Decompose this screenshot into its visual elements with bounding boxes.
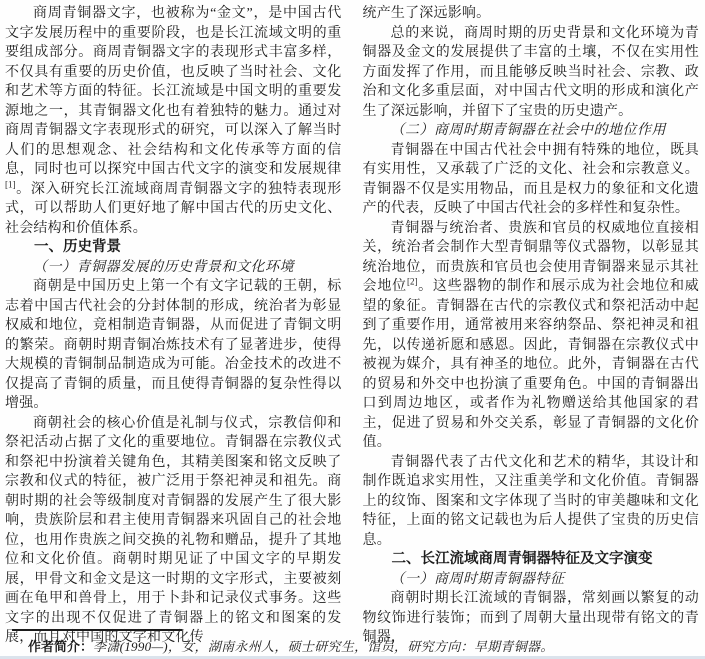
sub-heading: （二）商周时期青铜器在社会中的地位作用 (363, 121, 700, 141)
author-bio-label: 作者简介： (28, 639, 93, 654)
paragraph: 青铜器与统治者、贵族和官员的权威地位直接相关，统治者会制作大型青铜鼎等仪式器物，… (363, 219, 700, 453)
sub-heading: （一）商周时期青铜器特征 (363, 570, 700, 590)
paragraph: 商周青铜器文字，也被称为“金文”，是中国古代文字发展历程中的重要阶段，也是长江流… (5, 4, 342, 238)
paragraph: 统产生了深远影响。 (363, 4, 700, 24)
paragraph: 商朝社会的核心价值是礼制与仪式，宗教信仰和祭祀活动占据了文化的重要地位。青铜器在… (5, 414, 342, 648)
paragraph: 青铜器代表了古代文化和艺术的精华，其设计和制作既追求实用性，又注重美学和文化价值… (363, 453, 700, 551)
footnote-divider (12, 629, 182, 631)
footnote-marker: [1] (5, 179, 16, 189)
author-bio-line: 作者简介：李潇(1990—)，女，湖南永州人，硕士研究生，馆员，研究方向：早期青… (0, 638, 705, 655)
author-bio-text: 李潇(1990—)，女，湖南永州人，硕士研究生，馆员，研究方向：早期青铜器。 (93, 639, 554, 654)
paragraph: 总的来说，商周时期的历史背景和文化环境为青铜器及金文的发展提供了丰富的土壤，不仅… (363, 24, 700, 122)
footnote-marker: [2] (407, 276, 418, 286)
paragraph: 青铜器在中国古代社会中拥有特殊的地位，既具有实用性，又承载了广泛的文化、社会和宗… (363, 141, 700, 219)
paragraph: 商朝是中国历史上第一个有文字记载的王朝，标志着中国古代社会的分封体制的形成，统治… (5, 277, 342, 414)
right-column: 统产生了深远影响。总的来说，商周时期的历史背景和文化环境为青铜器及金文的发展提供… (363, 4, 700, 648)
two-column-body: 商周青铜器文字，也被称为“金文”，是中国古代文字发展历程中的重要阶段，也是长江流… (0, 0, 705, 648)
author-footnote-area: 作者简介：李潇(1990—)，女，湖南永州人，硕士研究生，馆员，研究方向：早期青… (0, 629, 705, 655)
sub-heading: （一）青铜器发展的历史背景和文化环境 (5, 258, 342, 278)
section-heading: 二、长江流域商周青铜器特征及文字演变 (363, 550, 700, 570)
document-page: 商周青铜器文字，也被称为“金文”，是中国古代文字发展历程中的重要阶段，也是长江流… (0, 0, 705, 659)
left-column: 商周青铜器文字，也被称为“金文”，是中国古代文字发展历程中的重要阶段，也是长江流… (5, 4, 342, 648)
section-heading: 一、历史背景 (5, 238, 342, 258)
